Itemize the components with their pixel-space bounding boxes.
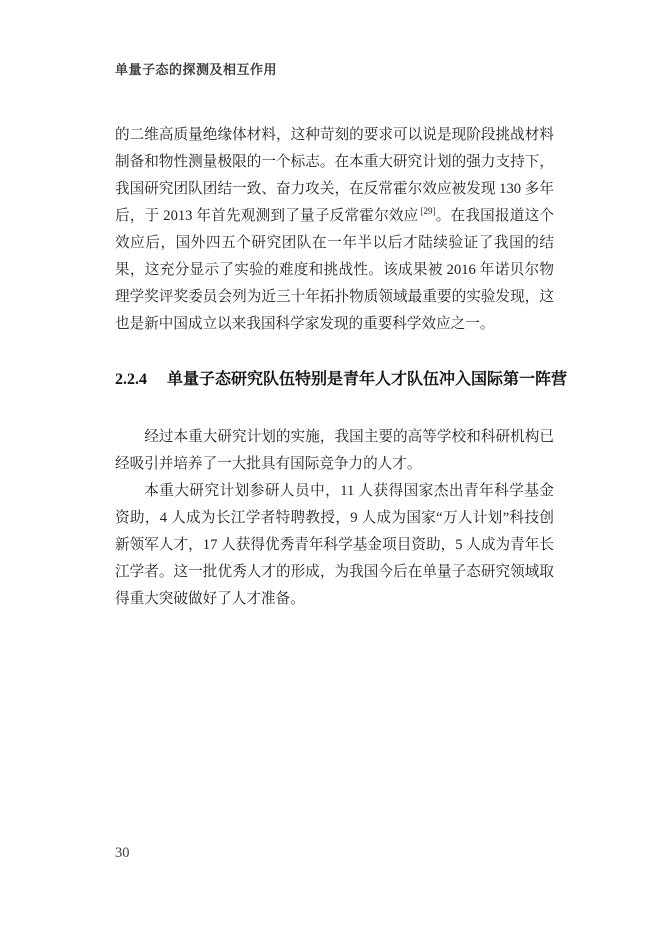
reference-marker-29: [29] <box>421 206 436 216</box>
document-page: 单量子态的探测及相互作用 的二维高质量绝缘体材料，这种苛刻的要求可以说是现阶段挑… <box>0 0 666 930</box>
section-heading: 2.2.4单量子态研究队伍特别是青年人才队伍冲入国际第一阵营 <box>115 368 554 392</box>
section-number: 2.2.4 <box>115 368 147 392</box>
paragraph-2: 经过本重大研究计划的实施，我国主要的高等学校和科研机构已经吸引并培养了一大批具有… <box>115 424 554 478</box>
page-number: 30 <box>115 844 130 862</box>
paragraph-1-text-after-ref: 。在我国报道这个效应后，国外四五个研究团队在一年半以后才陆续验证了我国的结果，这… <box>115 208 554 332</box>
running-head: 单量子态的探测及相互作用 <box>115 62 277 78</box>
page-content: 的二维高质量绝缘体材料，这种苛刻的要求可以说是现阶段挑战材料制备和物性测量极限的… <box>115 122 554 613</box>
paragraph-1: 的二维高质量绝缘体材料，这种苛刻的要求可以说是现阶段挑战材料制备和物性测量极限的… <box>115 122 554 338</box>
paragraph-3: 本重大研究计划参研人员中，11 人获得国家杰出青年科学基金资助，4 人成为长江学… <box>115 478 554 613</box>
section-title: 单量子态研究队伍特别是青年人才队伍冲入国际第一阵营 <box>167 371 567 388</box>
